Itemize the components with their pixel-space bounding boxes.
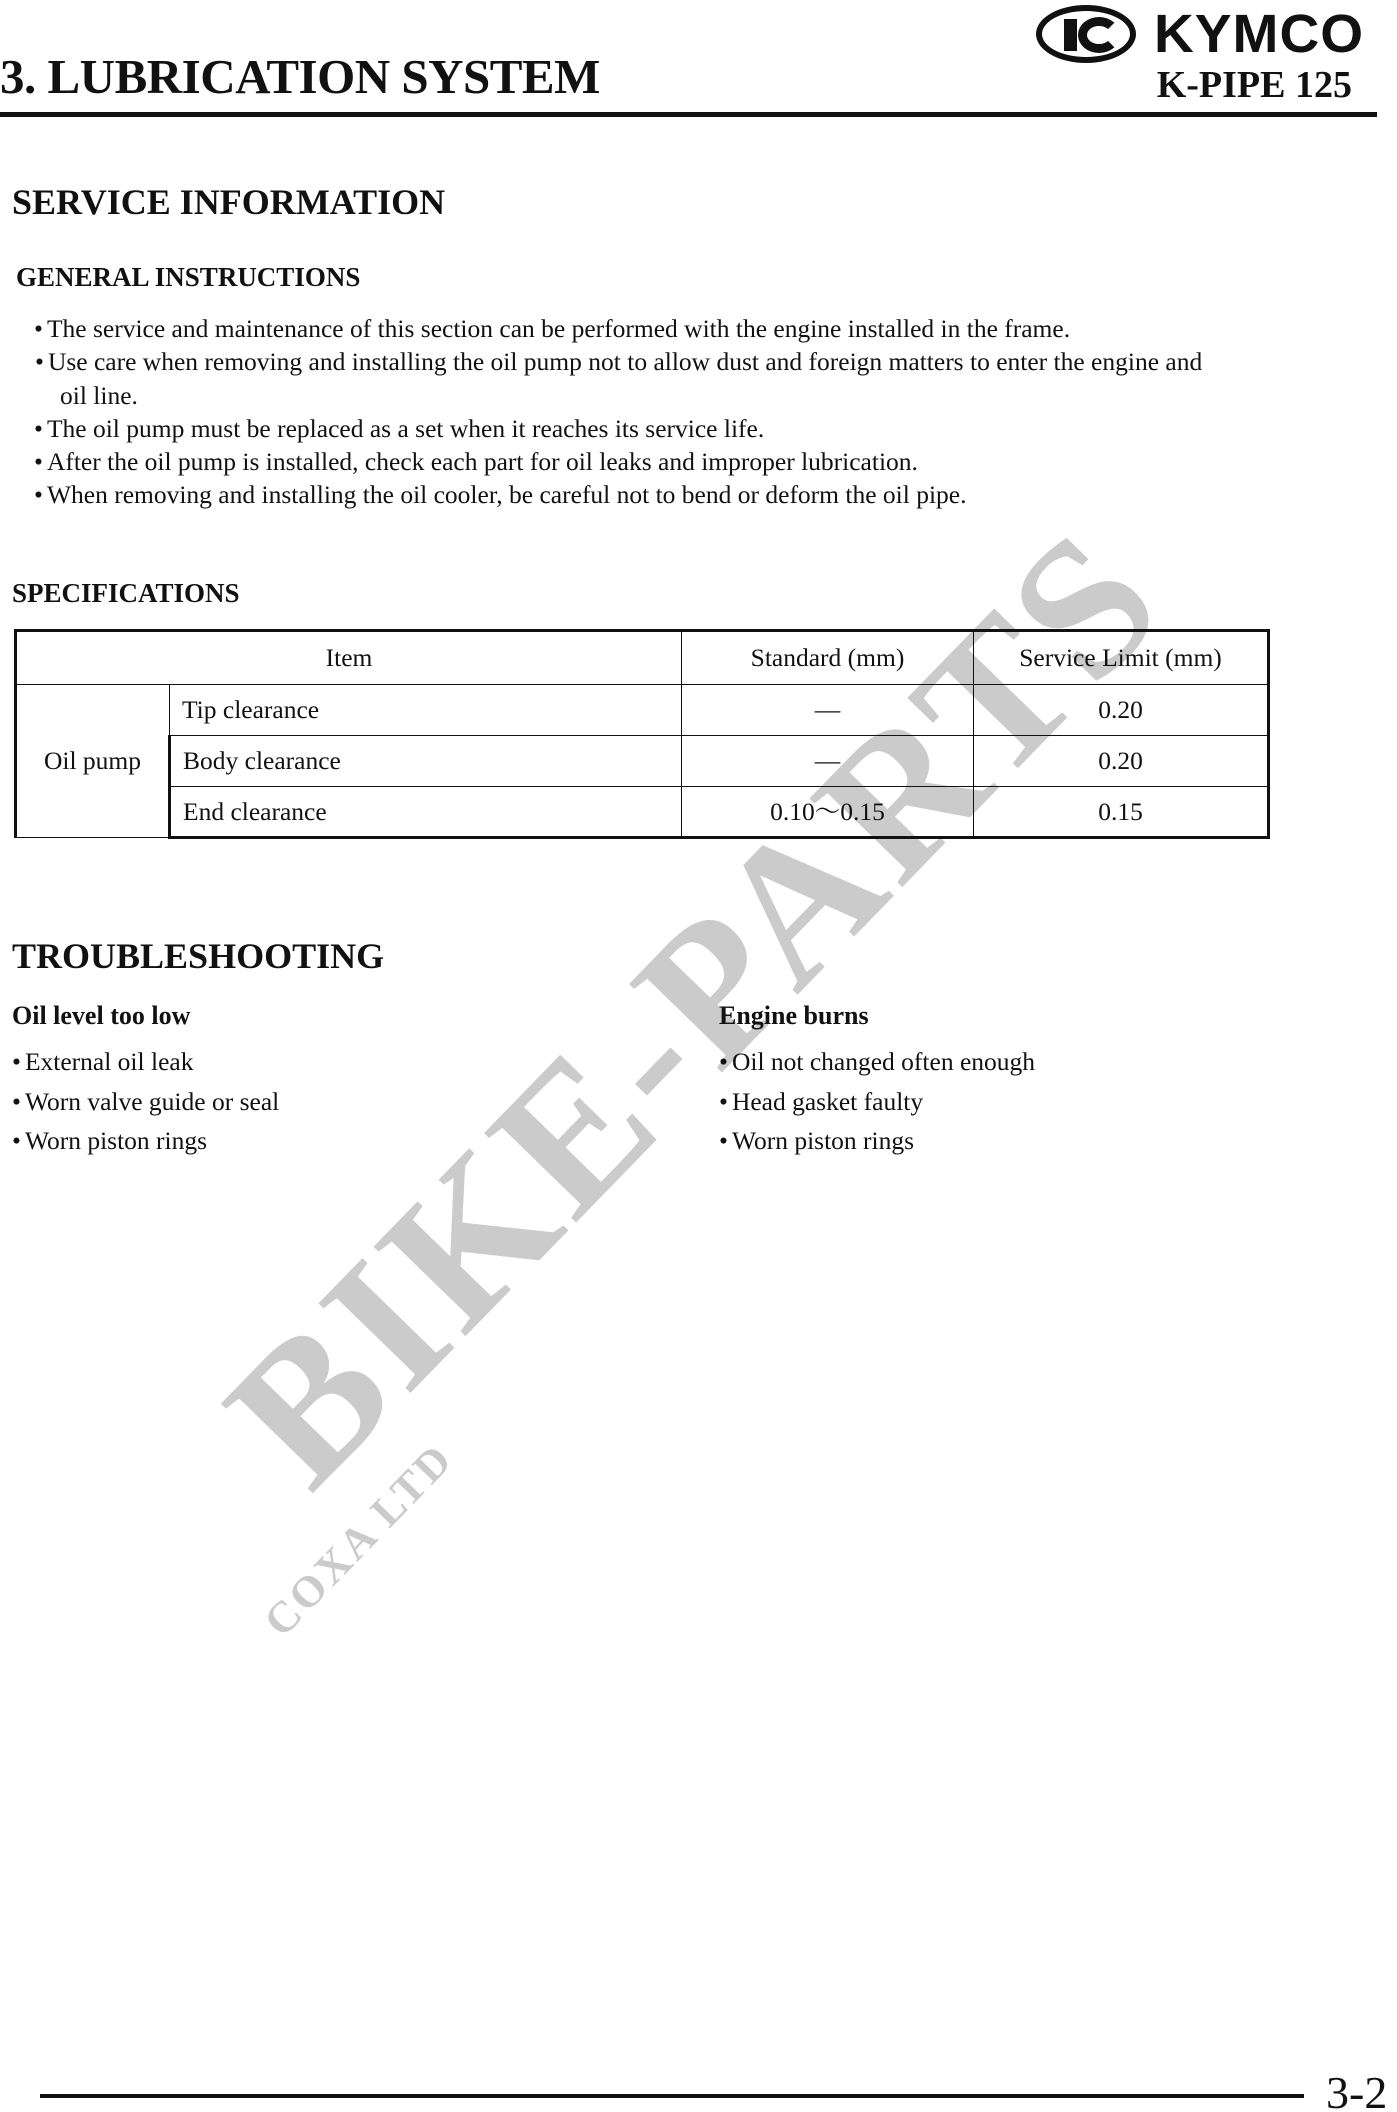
model-name: K-PIPE 125 (1157, 66, 1352, 104)
trouble-cause-item: Worn piston rings (719, 1128, 914, 1154)
table-header-row: Item Standard (mm) Service Limit (mm) (16, 631, 1269, 685)
specifications-table: Item Standard (mm) Service Limit (mm) Oi… (14, 629, 1270, 839)
instruction-item-continuation: oil line. (60, 383, 138, 409)
brand-name: KYMCO (1154, 7, 1364, 61)
instruction-item: After the oil pump is installed, check e… (34, 449, 918, 475)
limit-cell: 0.15 (974, 787, 1269, 838)
watermark-coxa-ltd: COXA LTD (257, 1436, 462, 1645)
trouble-cause-item: Worn piston rings (12, 1128, 207, 1154)
standard-cell: 0.10～0.15 (682, 787, 974, 838)
instruction-item: The oil pump must be replaced as a set w… (34, 416, 764, 442)
footer-divider (40, 2094, 1304, 2098)
item-cell: Tip clearance (170, 685, 682, 736)
section-title-service-information: SERVICE INFORMATION (12, 184, 445, 220)
trouble-heading-oil-level-too-low: Oil level too low (12, 1003, 190, 1029)
chapter-title: 3. LUBRICATION SYSTEM (0, 52, 600, 101)
standard-cell: — (682, 736, 974, 787)
limit-cell: 0.20 (974, 736, 1269, 787)
instruction-item: Use care when removing and installing th… (35, 349, 1202, 375)
trouble-heading-engine-burns: Engine burns (719, 1003, 869, 1029)
instruction-item: When removing and installing the oil coo… (34, 482, 966, 508)
trouble-cause-item: Worn valve guide or seal (12, 1089, 279, 1115)
column-header-standard: Standard (mm) (682, 631, 974, 685)
trouble-cause-item: Oil not changed often enough (719, 1049, 1035, 1075)
item-cell: End clearance (170, 787, 682, 838)
column-header-service-limit: Service Limit (mm) (974, 631, 1269, 685)
group-cell-oil-pump: Oil pump (16, 685, 170, 838)
column-header-item: Item (16, 631, 682, 685)
brand-logo: KYMCO (1036, 5, 1381, 65)
page-number: 3-2 (1326, 2070, 1387, 2112)
table-row: Body clearance — 0.20 (16, 736, 1269, 787)
subsection-title-general-instructions: GENERAL INSTRUCTIONS (16, 264, 360, 291)
limit-cell: 0.20 (974, 685, 1269, 736)
instruction-item: The service and maintenance of this sect… (34, 316, 1070, 342)
table-row: Oil pump Tip clearance — 0.20 (16, 685, 1269, 736)
section-title-troubleshooting: TROUBLESHOOTING (12, 938, 384, 974)
trouble-cause-item: External oil leak (12, 1049, 193, 1075)
table-row: End clearance 0.10～0.15 0.15 (16, 787, 1269, 838)
kymco-logo-icon (1036, 5, 1136, 63)
header-divider (0, 112, 1377, 117)
trouble-cause-item: Head gasket faulty (719, 1089, 923, 1115)
item-cell: Body clearance (170, 736, 682, 787)
subsection-title-specifications: SPECIFICATIONS (12, 580, 240, 607)
standard-cell: — (682, 685, 974, 736)
